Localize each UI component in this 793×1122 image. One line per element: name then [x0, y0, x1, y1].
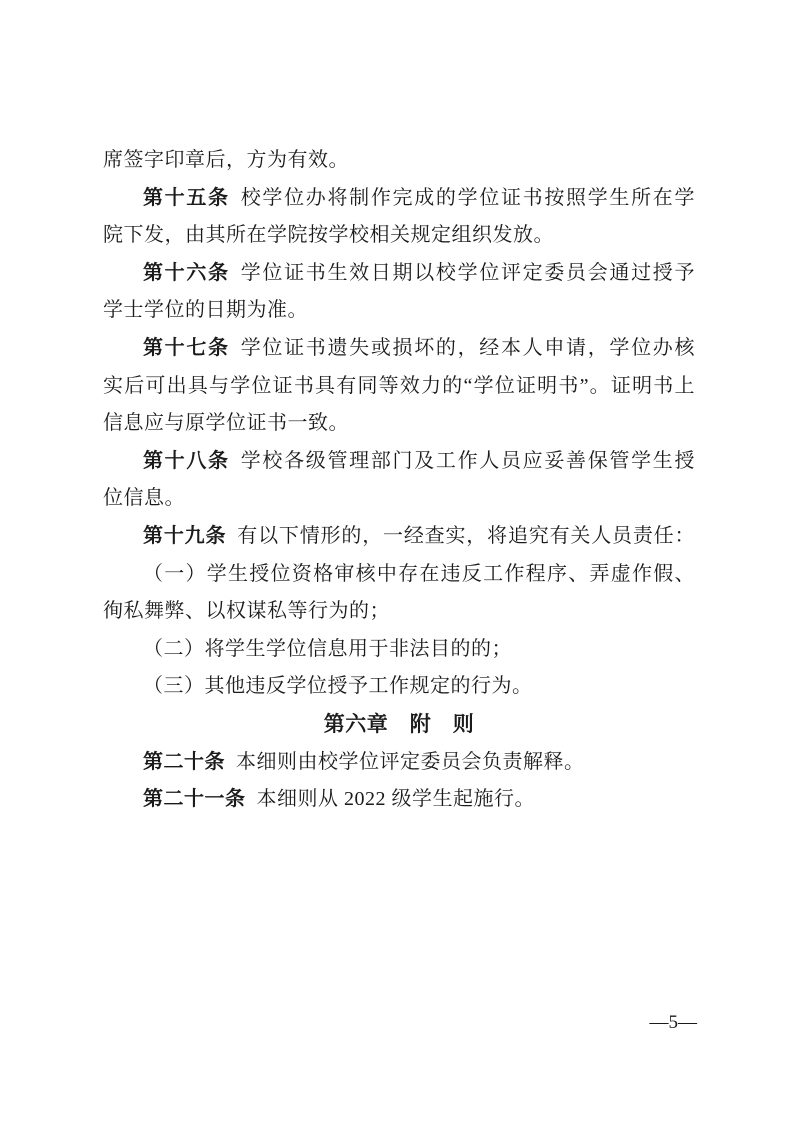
article-number: 第十六条 — [143, 262, 230, 284]
document-line: 第十八条学校各级管理部门及工作人员应妥善保管学生授 — [103, 443, 695, 481]
document-line: 信息应与原学位证书一致。 — [103, 405, 695, 443]
document-line: （二）将学生学位信息用于非法目的的； — [103, 631, 695, 669]
document-body: 席签字印章后，方为有效。第十五条校学位办将制作完成的学位证书按照学生所在学院下发… — [103, 142, 695, 819]
document-page: 席签字印章后，方为有效。第十五条校学位办将制作完成的学位证书按照学生所在学院下发… — [0, 0, 793, 1122]
line-text: 学士学位的日期为准。 — [103, 299, 308, 321]
page-number: —5— — [650, 1010, 698, 1036]
document-line: 第二十一条本细则从 2022 级学生起施行。 — [103, 781, 695, 819]
article-number: 第二十一条 — [143, 788, 246, 810]
line-text: 有以下情形的，一经查实，将追究有关人员责任： — [237, 525, 695, 547]
line-text: 学位证书生效日期以校学位评定委员会通过授予 — [241, 262, 695, 284]
document-line: （三）其他违反学位授予工作规定的行为。 — [103, 668, 695, 706]
line-text: 信息应与原学位证书一致。 — [103, 412, 349, 434]
line-text: 席签字印章后，方为有效。 — [103, 149, 349, 171]
line-text: 本细则由校学位评定委员会负责解释。 — [236, 751, 585, 773]
document-line: 第十七条学位证书遗失或损坏的，经本人申请，学位办核 — [103, 330, 695, 368]
document-line: 位信息。 — [103, 480, 695, 518]
document-line: 席签字印章后，方为有效。 — [103, 142, 695, 180]
line-text: 校学位办将制作完成的学位证书按照学生所在学 — [241, 187, 695, 209]
document-line: 第二十条本细则由校学位评定委员会负责解释。 — [103, 744, 695, 782]
document-line: （一）学生授位资格审核中存在违反工作程序、弄虚作假、 — [103, 556, 695, 594]
line-text: 本细则从 2022 级学生起施行。 — [257, 788, 536, 810]
document-line: 第十六条学位证书生效日期以校学位评定委员会通过授予 — [103, 255, 695, 293]
document-line: 徇私舞弊、以权谋私等行为的； — [103, 593, 695, 631]
document-line: 实后可出具与学位证书具有同等效力的“学位证明书”。证明书上 — [103, 368, 695, 406]
article-number: 第十八条 — [143, 450, 230, 472]
line-text: 学位证书遗失或损坏的，经本人申请，学位办核 — [241, 337, 695, 359]
document-line: 第十九条有以下情形的，一经查实，将追究有关人员责任： — [103, 518, 695, 556]
line-text: 第六章 附 则 — [324, 712, 475, 736]
article-number: 第十九条 — [143, 525, 226, 547]
document-line: 院下发，由其所在学院按学校相关规定组织发放。 — [103, 217, 695, 255]
line-text: （一）学生授位资格审核中存在违反工作程序、弄虚作假、 — [143, 563, 695, 585]
line-text: （二）将学生学位信息用于非法目的的； — [143, 638, 512, 660]
article-number: 第十五条 — [143, 187, 230, 209]
line-text: 实后可出具与学位证书具有同等效力的“学位证明书”。证明书上 — [103, 375, 695, 397]
article-number: 第十七条 — [143, 337, 230, 359]
line-text: 学校各级管理部门及工作人员应妥善保管学生授 — [241, 450, 695, 472]
document-line: 学士学位的日期为准。 — [103, 292, 695, 330]
article-number: 第二十条 — [143, 751, 225, 773]
line-text: 徇私舞弊、以权谋私等行为的； — [103, 600, 390, 622]
line-text: 院下发，由其所在学院按学校相关规定组织发放。 — [103, 224, 554, 246]
chapter-heading: 第六章 附 则 — [103, 706, 695, 744]
line-text: （三）其他违反学位授予工作规定的行为。 — [143, 675, 533, 697]
document-line: 第十五条校学位办将制作完成的学位证书按照学生所在学 — [103, 180, 695, 218]
line-text: 位信息。 — [103, 487, 185, 509]
